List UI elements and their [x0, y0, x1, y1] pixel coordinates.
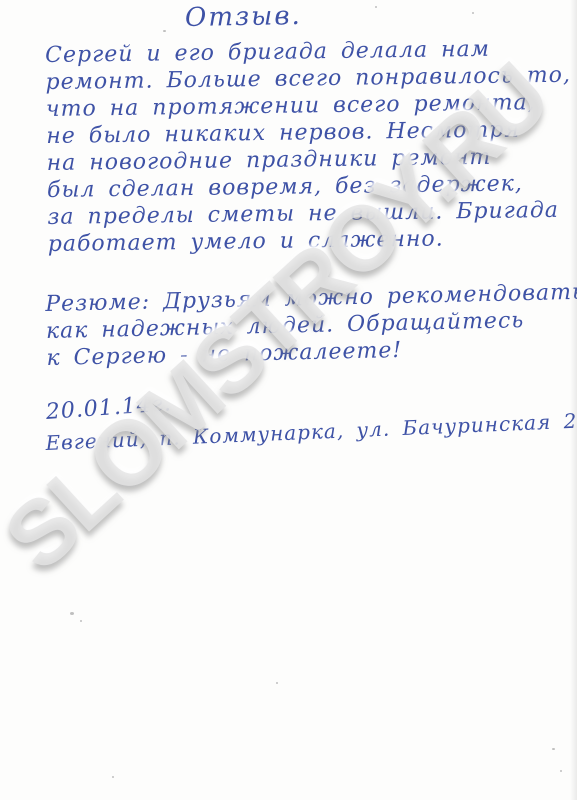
scan-speck: [276, 682, 278, 684]
document-title: Отзыв.: [185, 1, 302, 33]
scan-speck: [375, 6, 377, 8]
review-summary-paragraph: Резюме: Друзьям можно рекомендовать как …: [45, 279, 577, 372]
scan-speck: [70, 612, 74, 615]
review-body-paragraph: Сергей и его бригада делала нам ремонт. …: [45, 35, 573, 258]
scan-speck: [163, 30, 166, 32]
scan-speck: [80, 620, 82, 622]
scan-speck: [112, 776, 114, 778]
handwritten-line: 20.01.14г.: [45, 390, 173, 426]
scan-speck: [552, 748, 555, 750]
scanned-handwritten-review: Отзыв. Сергей и его бригада делала нам р…: [0, 0, 577, 800]
scan-speck: [560, 770, 562, 772]
review-date: 20.01.14г.: [45, 390, 173, 426]
scan-speck: [472, 12, 474, 14]
